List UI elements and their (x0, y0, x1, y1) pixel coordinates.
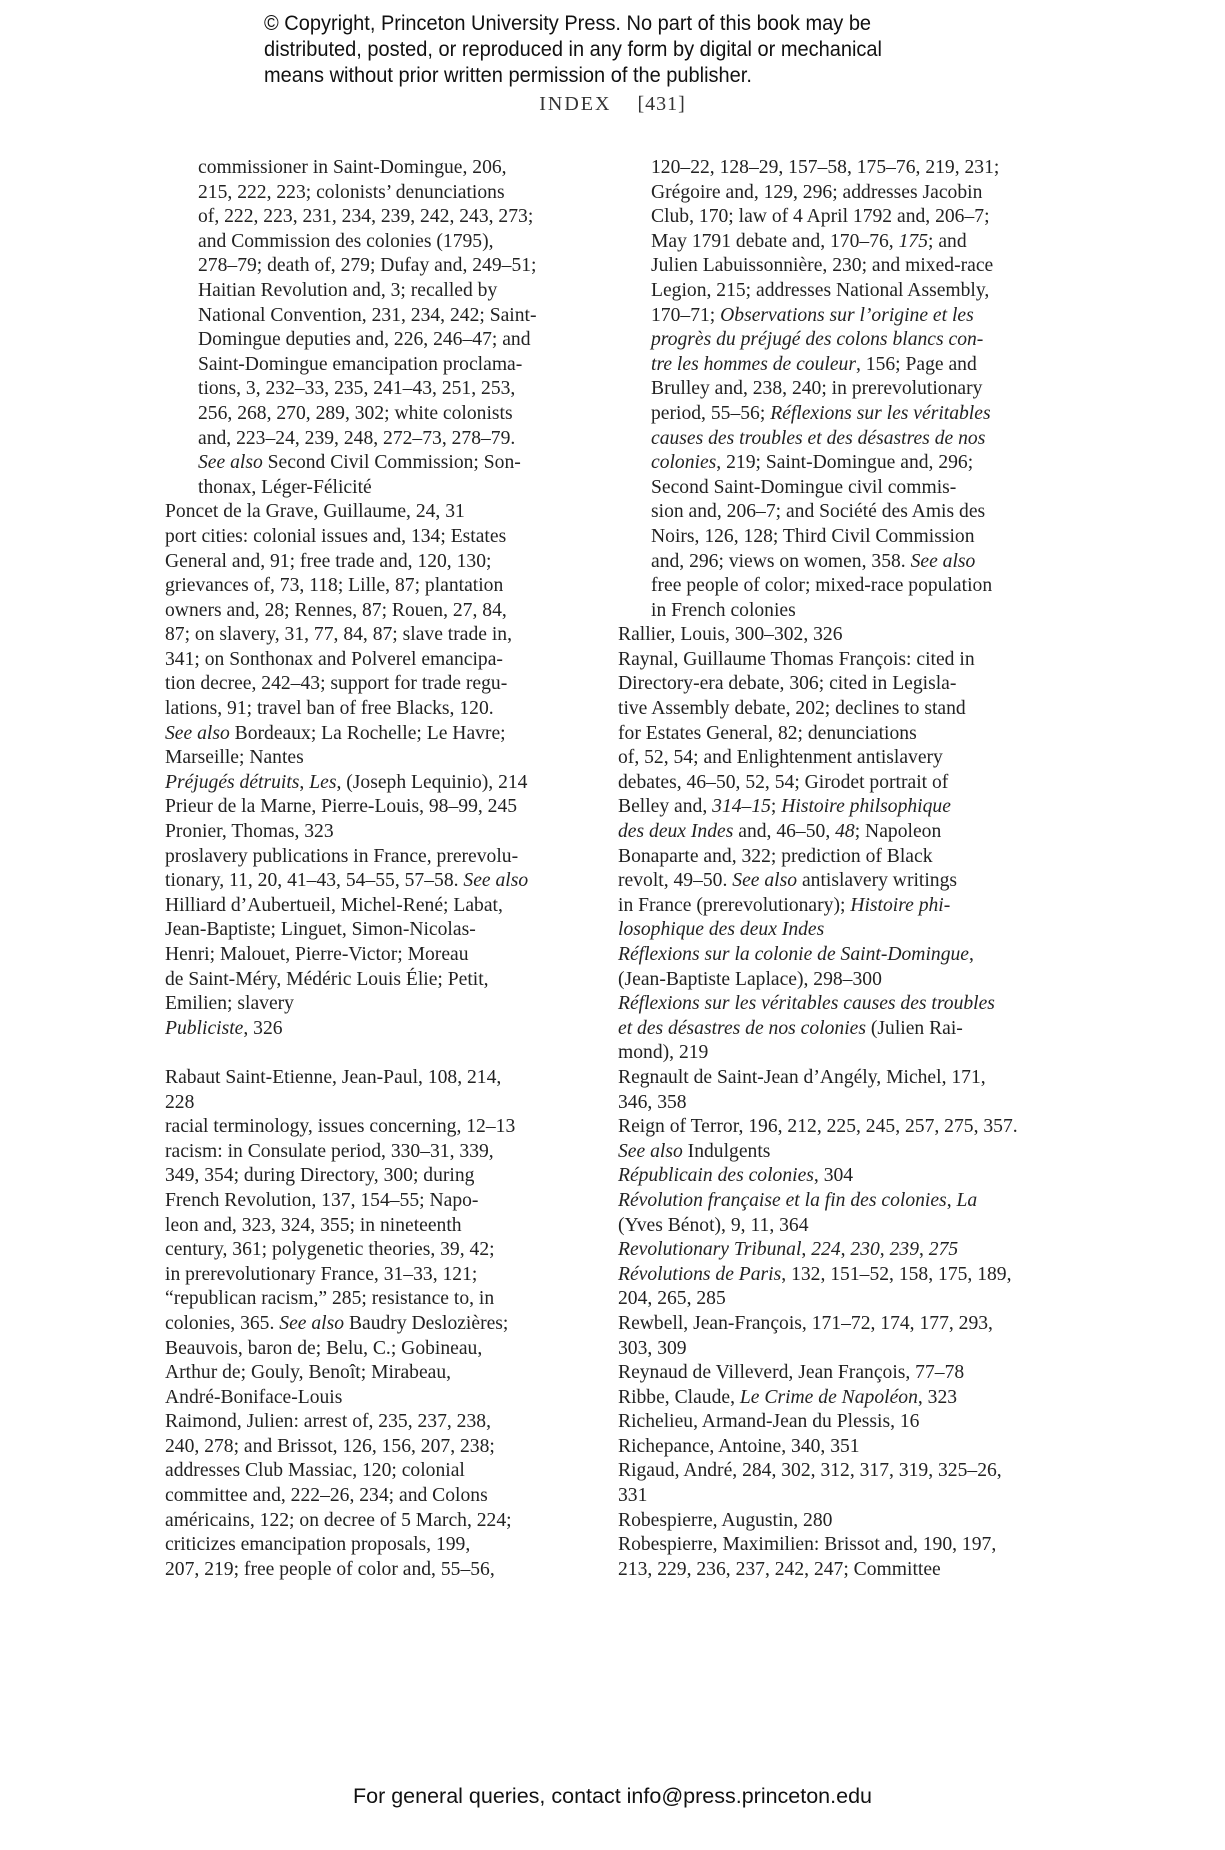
index-entry: Révolutions de Paris, 132, 151–52, 158, … (618, 1263, 1038, 1312)
index-entry-line: Robespierre, Augustin, 280 (651, 1509, 1038, 1534)
index-entry-line: 207, 219; free people of color and, 55–5… (198, 1558, 575, 1583)
index-entry-line: free people of color; mixed-race populat… (651, 574, 1038, 599)
index-entry: Reynaud de Villeverd, Jean François, 77–… (618, 1361, 1038, 1386)
index-entry-line: Bonaparte and, 322; prediction of Black (651, 845, 1038, 870)
index-entry-line: lations, 91; travel ban of free Blacks, … (198, 697, 575, 722)
index-entry-line: owners and, 28; Rennes, 87; Rouen, 27, 8… (198, 599, 575, 624)
index-entry-line: 341; on Sonthonax and Polverel emancipa- (198, 648, 575, 673)
index-entry-line: Henri; Malouet, Pierre-Victor; Moreau (198, 943, 575, 968)
index-entry-line: losophique des deux Indes (651, 918, 1038, 943)
index-entry-continued: commissioner in Saint-Domingue, 206,215,… (165, 156, 575, 500)
spacer (165, 1041, 575, 1066)
index-entry: proslavery publications in France, prere… (165, 845, 575, 1017)
index-entry: Rigaud, André, 284, 302, 312, 317, 319, … (618, 1459, 1038, 1508)
index-entry-line: Haitian Revolution and, 3; recalled by (198, 279, 575, 304)
index-entry-line: Publiciste, 326 (198, 1017, 575, 1042)
index-entry-line: See also Bordeaux; La Rochelle; Le Havre… (198, 722, 575, 747)
index-entry-line: Emilien; slavery (198, 992, 575, 1017)
index-entry-line: National Convention, 231, 234, 242; Sain… (198, 304, 575, 329)
index-entry: Poncet de la Grave, Guillaume, 24, 31 (165, 500, 575, 525)
index-entry-line: Noirs, 126, 128; Third Civil Commission (651, 525, 1038, 550)
index-entry-line: progrès du préjugé des colons blancs con… (651, 328, 1038, 353)
index-entry-line: Richepance, Antoine, 340, 351 (651, 1435, 1038, 1460)
index-entry-line: (Jean-Baptiste Laplace), 298–300 (651, 968, 1038, 993)
index-entry-line: in prerevolutionary France, 31–33, 121; (198, 1263, 575, 1288)
index-entry-line: Pronier, Thomas, 323 (198, 820, 575, 845)
index-entry-line: tive Assembly debate, 202; declines to s… (651, 697, 1038, 722)
index-entry-line: 346, 358 (651, 1091, 1038, 1116)
index-entry-line: and Commission des colonies (1795), (198, 230, 575, 255)
index-entry: Rabaut Saint-Etienne, Jean-Paul, 108, 21… (165, 1066, 575, 1115)
index-entry-line: 215, 222, 223; colonists’ denunciations (198, 181, 575, 206)
index-entry-line: for Estates General, 82; denunciations (651, 722, 1038, 747)
index-entry-line: Legion, 215; addresses National Assembly… (651, 279, 1038, 304)
index-entry-line: commissioner in Saint-Domingue, 206, (198, 156, 575, 181)
index-entry: Richelieu, Armand-Jean du Plessis, 16 (618, 1410, 1038, 1435)
index-entry-line: tionary, 11, 20, 41–43, 54–55, 57–58. Se… (198, 869, 575, 894)
index-entry-line: Réflexions sur la colonie de Saint-Domin… (651, 943, 1038, 968)
index-entry: Revolutionary Tribunal, 224, 230, 239, 2… (618, 1238, 1038, 1263)
index-entry-line: Regnault de Saint-Jean d’Angély, Michel,… (651, 1066, 1038, 1091)
index-entry-line: causes des troubles et des désastres de … (651, 427, 1038, 452)
index-entry-line: tre les hommes de couleur, 156; Page and (651, 353, 1038, 378)
copyright-line: © Copyright, Princeton University Press.… (264, 10, 971, 36)
index-entry-line: 170–71; Observations sur l’origine et le… (651, 304, 1038, 329)
index-entry-line: tion decree, 242–43; support for trade r… (198, 672, 575, 697)
index-entry-line: See also Indulgents (651, 1140, 1038, 1165)
index-column-left: commissioner in Saint-Domingue, 206,215,… (165, 156, 575, 1582)
index-entry-continued: 120–22, 128–29, 157–58, 175–76, 219, 231… (618, 156, 1038, 623)
index-entry-line: Richelieu, Armand-Jean du Plessis, 16 (651, 1410, 1038, 1435)
index-entry-line: 349, 354; during Directory, 300; during (198, 1164, 575, 1189)
index-entry-line: leon and, 323, 324, 355; in nineteenth (198, 1214, 575, 1239)
index-entry: Robespierre, Augustin, 280 (618, 1509, 1038, 1534)
index-entry-line: Beauvois, baron de; Belu, C.; Gobineau, (198, 1337, 575, 1362)
index-entry-line: committee and, 222–26, 234; and Colons (198, 1484, 575, 1509)
index-entry-line: 278–79; death of, 279; Dufay and, 249–51… (198, 254, 575, 279)
index-entry-line: Brulley and, 238, 240; in prerevolutiona… (651, 377, 1038, 402)
index-entry-line: Robespierre, Maximilien: Brissot and, 19… (651, 1533, 1038, 1558)
index-entry-line: debates, 46–50, 52, 54; Girodet portrait… (651, 771, 1038, 796)
index-entry-line: port cities: colonial issues and, 134; E… (198, 525, 575, 550)
index-entry-line: 228 (198, 1091, 575, 1116)
index-entry: Réflexions sur les véritables causes des… (618, 992, 1038, 1066)
index-entry-line: sion and, 206–7; and Société des Amis de… (651, 500, 1038, 525)
index-entry-line: General and, 91; free trade and, 120, 13… (198, 550, 575, 575)
index-entry: Publiciste, 326 (165, 1017, 575, 1042)
index-entry-line: Marseille; Nantes (198, 746, 575, 771)
index-entry-line: Belley and, 314–15; Histoire philsophiqu… (651, 795, 1038, 820)
copyright-line: distributed, posted, or reproduced in an… (264, 36, 971, 62)
section-title: INDEX (539, 93, 611, 115)
index-entry-line: of, 222, 223, 231, 234, 239, 242, 243, 2… (198, 205, 575, 230)
index-entry-line: et des désastres de nos colonies (Julien… (651, 1017, 1038, 1042)
index-entry: port cities: colonial issues and, 134; E… (165, 525, 575, 771)
index-entry-line: de Saint-Méry, Médéric Louis Élie; Petit… (198, 968, 575, 993)
index-entry: Prieur de la Marne, Pierre-Louis, 98–99,… (165, 795, 575, 820)
index-entry-line: Préjugés détruits, Les, (Joseph Lequinio… (198, 771, 575, 796)
index-entry: Rallier, Louis, 300–302, 326 (618, 623, 1038, 648)
index-entry-line: Rigaud, André, 284, 302, 312, 317, 319, … (651, 1459, 1038, 1484)
index-entry-line: Prieur de la Marne, Pierre-Louis, 98–99,… (198, 795, 575, 820)
index-entry-line: period, 55–56; Réflexions sur les vérita… (651, 402, 1038, 427)
index-entry-line: Raynal, Guillaume Thomas François: cited… (651, 648, 1038, 673)
index-entry-line: racial terminology, issues concerning, 1… (198, 1115, 575, 1140)
index-entry: Révolution française et la fin des colon… (618, 1189, 1038, 1238)
index-entry: Préjugés détruits, Les, (Joseph Lequinio… (165, 771, 575, 796)
index-entry-line: 120–22, 128–29, 157–58, 175–76, 219, 231… (651, 156, 1038, 181)
index-entry-line: French Revolution, 137, 154–55; Napo- (198, 1189, 575, 1214)
index-entry-line: Saint-Domingue emancipation proclama- (198, 353, 575, 378)
index-entry-line: colonies, 219; Saint-Domingue and, 296; (651, 451, 1038, 476)
index-entry-line: 204, 265, 285 (651, 1287, 1038, 1312)
index-entry-line: of, 52, 54; and Enlightenment antislaver… (651, 746, 1038, 771)
index-entry: Richepance, Antoine, 340, 351 (618, 1435, 1038, 1460)
index-entry: Républicain des colonies, 304 (618, 1164, 1038, 1189)
index-entry-line: Ribbe, Claude, Le Crime de Napoléon, 323 (651, 1386, 1038, 1411)
index-entry-line: Arthur de; Gouly, Benoît; Mirabeau, (198, 1361, 575, 1386)
index-entry: Rewbell, Jean-François, 171–72, 174, 177… (618, 1312, 1038, 1361)
index-entry-line: colonies, 365. See also Baudry Deslozièr… (198, 1312, 575, 1337)
index-entry: Raimond, Julien: arrest of, 235, 237, 23… (165, 1410, 575, 1582)
index-entry-line: grievances of, 73, 118; Lille, 87; plant… (198, 574, 575, 599)
index-entry-line: Grégoire and, 129, 296; addresses Jacobi… (651, 181, 1038, 206)
index-entry-line: and, 296; views on women, 358. See also (651, 550, 1038, 575)
index-entry-line: tions, 3, 232–33, 235, 241–43, 251, 253, (198, 377, 575, 402)
index-entry-line: Second Saint-Domingue civil commis- (651, 476, 1038, 501)
index-entry-line: May 1791 debate and, 170–76, 175; and (651, 230, 1038, 255)
index-entry-line: thonax, Léger-Félicité (198, 476, 575, 501)
index-entry-line: 331 (651, 1484, 1038, 1509)
footer-contact: For general queries, contact info@press.… (0, 1784, 1225, 1809)
index-entry-line: 87; on slavery, 31, 77, 84, 87; slave tr… (198, 623, 575, 648)
index-entry: racism: in Consulate period, 330–31, 339… (165, 1140, 575, 1411)
index-entry-line: Réflexions sur les véritables causes des… (651, 992, 1038, 1017)
index-entry-line: Révolutions de Paris, 132, 151–52, 158, … (651, 1263, 1038, 1288)
index-entry-line: revolt, 49–50. See also antislavery writ… (651, 869, 1038, 894)
index-entry-line: proslavery publications in France, prere… (198, 845, 575, 870)
index-entry-line: 256, 268, 270, 289, 302; white colonists (198, 402, 575, 427)
index-entry-line: “republican racism,” 285; resistance to,… (198, 1287, 575, 1312)
index-entry: Raynal, Guillaume Thomas François: cited… (618, 648, 1038, 943)
index-entry-line: racism: in Consulate period, 330–31, 339… (198, 1140, 575, 1165)
index-entry-line: des deux Indes and, 46–50, 48; Napoleon (651, 820, 1038, 845)
index-entry-line: américains, 122; on decree of 5 March, 2… (198, 1509, 575, 1534)
index-entry: Pronier, Thomas, 323 (165, 820, 575, 845)
index-entry-line: 240, 278; and Brissot, 126, 156, 207, 23… (198, 1435, 575, 1460)
index-entry-line: Hilliard d’Aubertueil, Michel-René; Laba… (198, 894, 575, 919)
index-entry: racial terminology, issues concerning, 1… (165, 1115, 575, 1140)
copyright-line: means without prior written permission o… (264, 62, 971, 88)
index-entry-line: Club, 170; law of 4 April 1792 and, 206–… (651, 205, 1038, 230)
index-entry-line: 213, 229, 236, 237, 242, 247; Committee (651, 1558, 1038, 1583)
index-entry-line: addresses Club Massiac, 120; colonial (198, 1459, 575, 1484)
index-entry: Reign of Terror, 196, 212, 225, 245, 257… (618, 1115, 1038, 1164)
index-entry: Ribbe, Claude, Le Crime de Napoléon, 323 (618, 1386, 1038, 1411)
page-number: [431] (637, 93, 685, 115)
index-entry-line: Domingue deputies and, 226, 246–47; and (198, 328, 575, 353)
copyright-notice: © Copyright, Princeton University Press.… (264, 10, 971, 88)
index-entry-line: Poncet de la Grave, Guillaume, 24, 31 (198, 500, 575, 525)
index-entry-line: André-Boniface-Louis (198, 1386, 575, 1411)
index-entry-line: criticizes emancipation proposals, 199, (198, 1533, 575, 1558)
index-entry-line: Révolution française et la fin des colon… (651, 1189, 1038, 1214)
index-entry-line: Rallier, Louis, 300–302, 326 (651, 623, 1038, 648)
index-entry-line: Julien Labuissonnière, 230; and mixed-ra… (651, 254, 1038, 279)
index-entry-line: Rabaut Saint-Etienne, Jean-Paul, 108, 21… (198, 1066, 575, 1091)
index-entry-line: Revolutionary Tribunal, 224, 230, 239, 2… (651, 1238, 1038, 1263)
index-entry-line: See also Second Civil Commission; Son- (198, 451, 575, 476)
index-entry-line: in France (prerevolutionary); Histoire p… (651, 894, 1038, 919)
index-entry-line: (Yves Bénot), 9, 11, 364 (651, 1214, 1038, 1239)
index-entry-line: mond), 219 (651, 1041, 1038, 1066)
index-entry-line: Reign of Terror, 196, 212, 225, 245, 257… (651, 1115, 1038, 1140)
index-entry-line: in French colonies (651, 599, 1038, 624)
index-entry-line: Reynaud de Villeverd, Jean François, 77–… (651, 1361, 1038, 1386)
index-entry-line: Jean-Baptiste; Linguet, Simon-Nicolas- (198, 918, 575, 943)
index-column-right: 120–22, 128–29, 157–58, 175–76, 219, 231… (618, 156, 1038, 1582)
index-entry-line: Rewbell, Jean-François, 171–72, 174, 177… (651, 1312, 1038, 1337)
index-entry-line: century, 361; polygenetic theories, 39, … (198, 1238, 575, 1263)
index-entry-line: Républicain des colonies, 304 (651, 1164, 1038, 1189)
index-entry-line: Directory-era debate, 306; cited in Legi… (651, 672, 1038, 697)
index-entry: Robespierre, Maximilien: Brissot and, 19… (618, 1533, 1038, 1582)
index-entry-line: 303, 309 (651, 1337, 1038, 1362)
index-entry-line: Raimond, Julien: arrest of, 235, 237, 23… (198, 1410, 575, 1435)
index-entry: Réflexions sur la colonie de Saint-Domin… (618, 943, 1038, 992)
running-head: INDEX[431] (0, 93, 1225, 116)
index-entry-line: and, 223–24, 239, 248, 272–73, 278–79. (198, 427, 575, 452)
index-entry: Regnault de Saint-Jean d’Angély, Michel,… (618, 1066, 1038, 1115)
